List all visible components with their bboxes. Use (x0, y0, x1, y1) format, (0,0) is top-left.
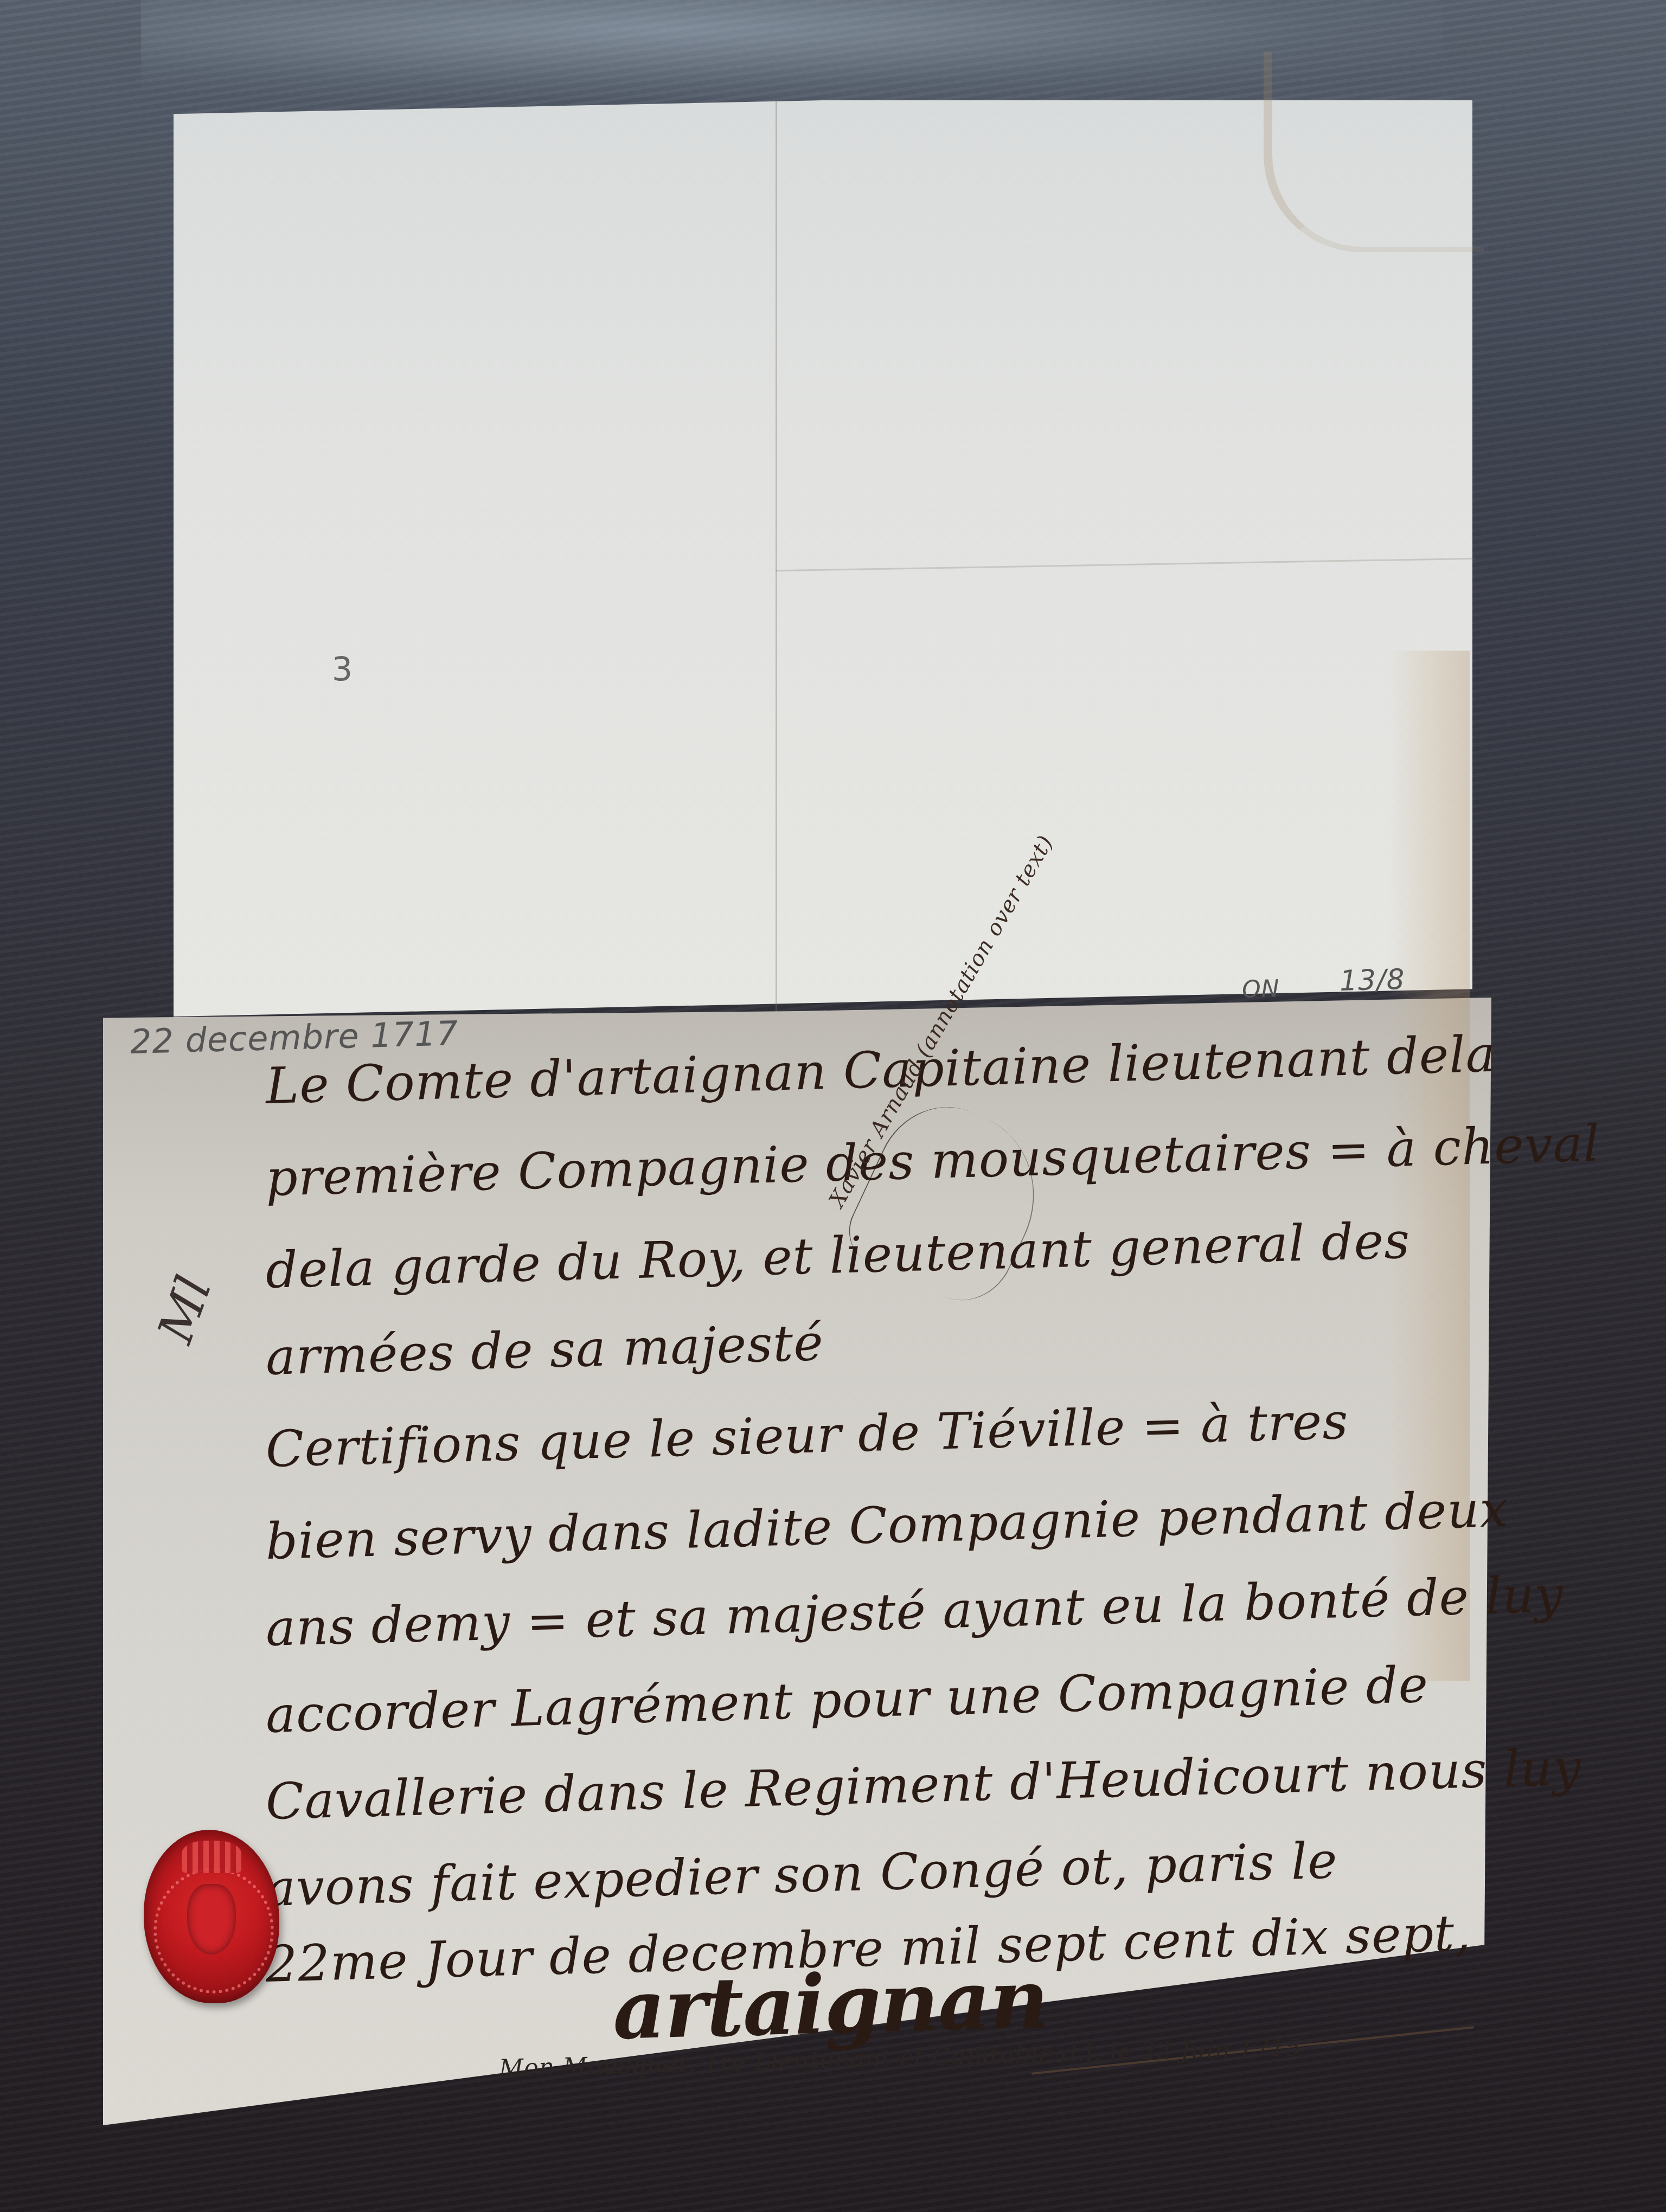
coat-of-arms-shield-icon (187, 1884, 236, 1954)
crown-icon (182, 1841, 241, 1873)
pencil-mark: 3 (332, 651, 353, 689)
document-upper-half (174, 100, 1472, 1017)
water-stain-top (1264, 52, 1484, 252)
light-glare (141, 0, 1443, 98)
fold-crease-vertical (776, 100, 777, 1017)
reference-fraction: 13/8 (1339, 963, 1405, 998)
reference-code: ON (1241, 975, 1280, 1004)
